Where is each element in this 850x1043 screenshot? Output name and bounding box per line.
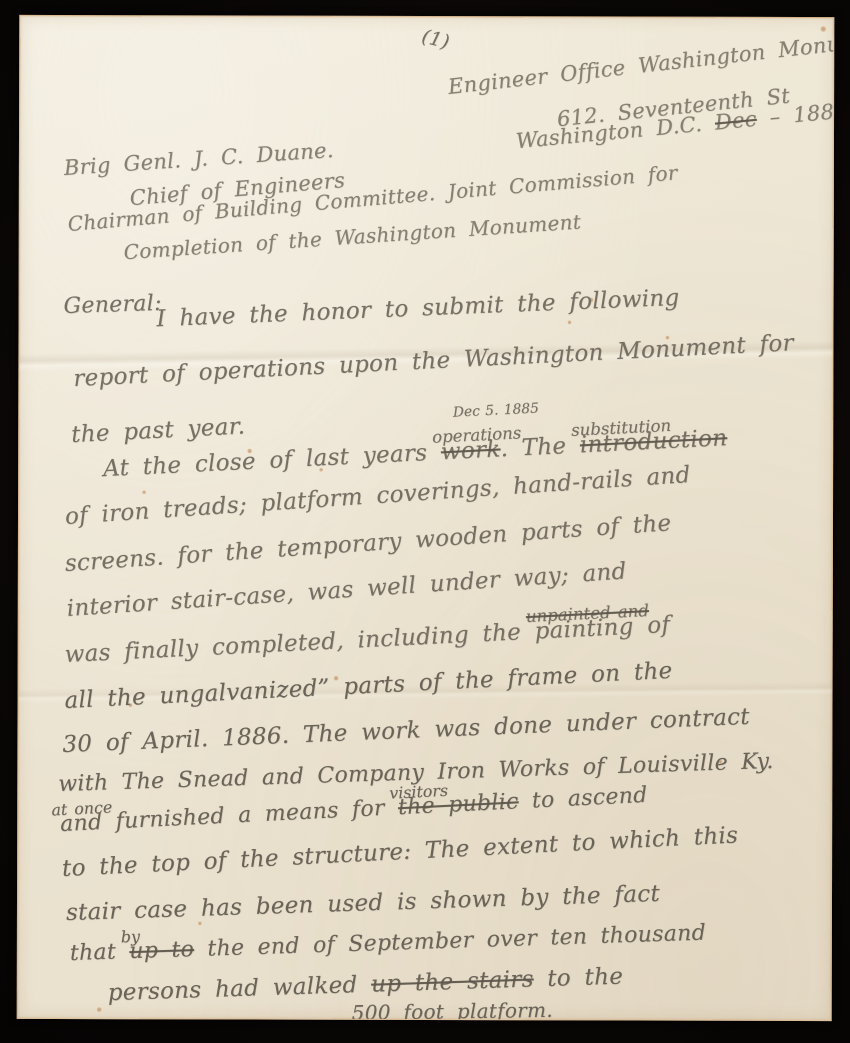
foxing-spot (568, 320, 572, 324)
body-line-2: report of operations upon the Washington… (73, 330, 795, 392)
photo-background: (1) Engineer Office Washington Monument … (0, 0, 850, 1043)
foxing-spot (198, 921, 202, 925)
foxing-spot (142, 490, 146, 494)
foxing-spot (97, 1007, 102, 1012)
foxing-spot (820, 26, 826, 32)
body-line-1: I have the honor to submit the following (156, 285, 680, 332)
body-line-8: was finally completed, including the unp… (64, 612, 671, 668)
page-number: (1) (420, 25, 452, 53)
salutation: General: (63, 291, 162, 319)
body-line-10: 30 of April. 1886. The work was done und… (62, 704, 750, 758)
body-line-14: stair case has been used is shown by the… (66, 881, 661, 926)
body-line-17: 500 foot platform. (352, 998, 554, 1021)
body-line-15: that up toby the end of September over t… (69, 921, 706, 967)
letter-page: (1) Engineer Office Washington Monument … (17, 15, 835, 1021)
body-line-9: all the ungalvanized” parts of the frame… (64, 658, 673, 714)
body-line-3: the past year. (71, 413, 246, 448)
